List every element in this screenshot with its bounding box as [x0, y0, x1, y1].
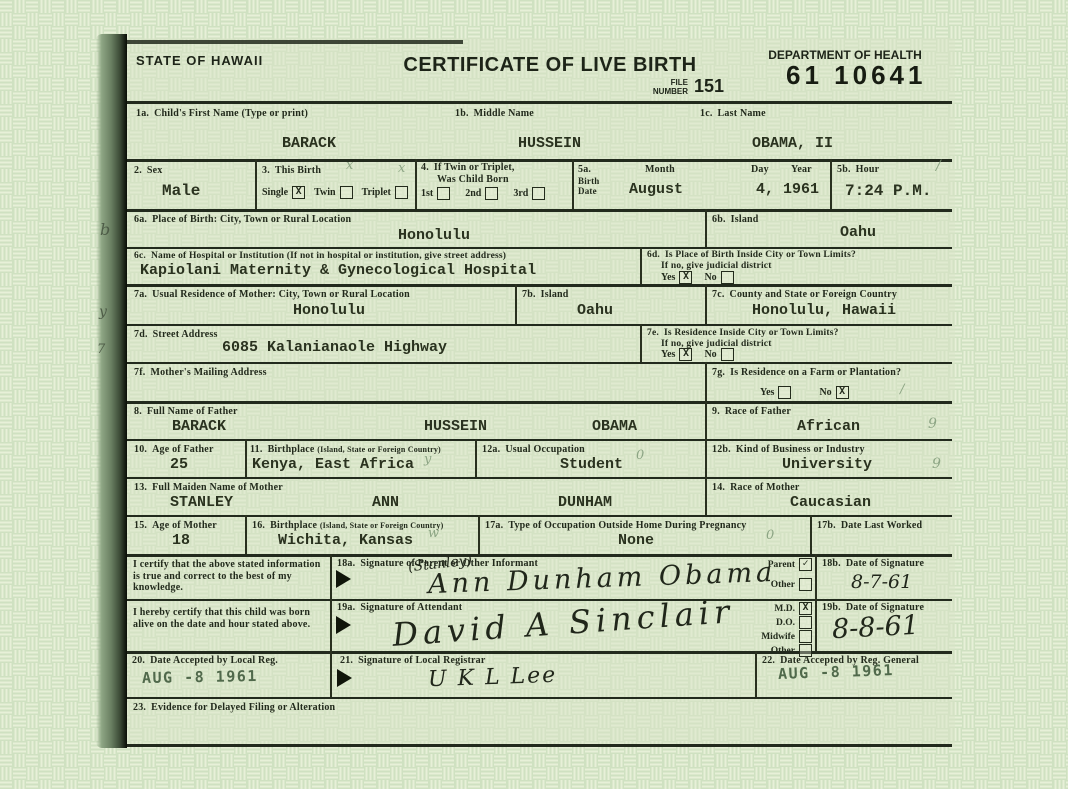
option-2nd: 2nd	[465, 187, 498, 200]
field-7d-label: 7d.Street Address	[134, 329, 218, 340]
option-single-label: Single	[262, 187, 288, 198]
field-7f-num: 7f.	[134, 367, 145, 378]
field-20-text: Date Accepted by Local Reg.	[150, 655, 278, 666]
field-4-text: If Twin or Triplet,	[434, 162, 515, 173]
divider	[705, 477, 707, 515]
field-4-num: 4.	[421, 162, 429, 173]
field-5b-label: 5b.Hour	[837, 164, 879, 175]
field-7a-text: Usual Residence of Mother: City, Town or…	[152, 289, 410, 300]
divider	[755, 651, 757, 697]
field-1a-num: 1a.	[136, 108, 149, 119]
field-18b-label: 18b.Date of Signature	[822, 558, 924, 569]
field-7b-label: 7b.Island	[522, 289, 569, 300]
twin-checkbox	[340, 186, 353, 199]
rule	[127, 599, 952, 601]
field-12a-label: 12a.Usual Occupation	[482, 444, 585, 455]
field-2-value: Male	[162, 182, 200, 200]
field-8-num: 8.	[134, 406, 142, 417]
pencil-mark: x	[346, 158, 353, 173]
field-13-label: 13.Full Maiden Name of Mother	[134, 482, 283, 493]
field-19b-num: 19b.	[822, 602, 841, 613]
pencil-mark: y	[99, 304, 107, 320]
field-7d-num: 7d.	[134, 329, 148, 340]
field-7c-text: County and State or Foreign Country	[730, 289, 897, 300]
yes-checkbox	[778, 386, 791, 399]
field-19b-value: 8-8-61	[831, 610, 919, 646]
pencil-mark: 9	[932, 456, 941, 472]
field-6d-options: YesX No	[661, 271, 734, 284]
no-label: No	[704, 349, 716, 360]
rule	[127, 247, 952, 249]
rule	[127, 101, 952, 104]
field-10-num: 10.	[134, 444, 147, 455]
second-checkbox	[485, 187, 498, 200]
first-checkbox	[437, 187, 450, 200]
field-7c-value: Honolulu, Hawaii	[752, 302, 896, 319]
attendant-role-options: M.D.X D.O. Midwife Other	[746, 602, 812, 657]
divider	[515, 284, 517, 324]
field-6b-text: Island	[731, 214, 759, 225]
field-15-text: Age of Mother	[152, 520, 217, 531]
midwife-checkbox	[799, 630, 812, 643]
field-17b-num: 17b.	[817, 520, 836, 531]
field-2-label: 2.Sex	[134, 165, 163, 176]
option-triplet-label: Triplet	[362, 187, 391, 198]
yes-label: Yes	[661, 349, 675, 360]
field-14-num: 14.	[712, 482, 725, 493]
field-6d-label: 6d.Is Place of Birth Inside City or Town…	[647, 250, 856, 260]
field-6b-num: 6b.	[712, 214, 726, 225]
pencil-mark: /	[936, 158, 941, 174]
rule	[127, 401, 952, 404]
field-18b-num: 18b.	[822, 558, 841, 569]
field-6d-num: 6d.	[647, 250, 660, 260]
field-7g-label: 7g.Is Residence on a Farm or Plantation?	[712, 367, 901, 378]
role-other: Other	[750, 578, 812, 591]
divider	[330, 554, 332, 599]
file-number: 151	[694, 76, 724, 97]
field-6a-label: 6a.Place of Birth: City, Town or Rural L…	[134, 214, 351, 225]
yes-checkbox: X	[679, 271, 692, 284]
field-7e-num: 7e.	[647, 328, 659, 338]
mother-middle: ANN	[372, 494, 399, 511]
field-11-value: Kenya, East Africa	[252, 456, 414, 473]
field-12a-text: Usual Occupation	[505, 444, 585, 455]
do-label: D.O.	[776, 618, 795, 628]
divider	[245, 439, 247, 477]
divider	[705, 439, 707, 477]
field-7e-text: Is Residence Inside City or Town Limits?	[664, 328, 839, 338]
no-checkbox	[721, 271, 734, 284]
field-7g-num: 7g.	[712, 367, 725, 378]
field-7d-text: Street Address	[153, 329, 218, 340]
option-7e-yes: YesX	[661, 348, 692, 361]
field-19a-num: 19a.	[337, 602, 355, 613]
field-6b-value: Oahu	[840, 224, 876, 241]
field-6c-label: 6c.Name of Hospital or Institution (If n…	[134, 251, 506, 261]
field-7g-text: Is Residence on a Farm or Plantation?	[730, 367, 901, 378]
divider	[640, 247, 642, 284]
attendant-other-checkbox	[799, 644, 812, 657]
field-17a-text: Type of Occupation Outside Home During P…	[508, 520, 746, 531]
year-value: 1961	[783, 181, 819, 198]
rule	[127, 362, 952, 364]
field-7g-options: Yes NoX	[760, 386, 849, 399]
field-10-label: 10.Age of Father	[134, 444, 214, 455]
field-13-text: Full Maiden Name of Mother	[152, 482, 283, 493]
pencil-mark: y	[424, 452, 431, 467]
midwife-label: Midwife	[761, 632, 795, 642]
pencil-mark: 0	[636, 448, 644, 463]
divider	[810, 515, 812, 554]
father-middle: HUSSEIN	[424, 418, 487, 435]
field-14-label: 14.Race of Mother	[712, 482, 800, 493]
field-7e-options: YesX No	[661, 348, 734, 361]
field-6c-text: Name of Hospital or Institution (If not …	[151, 251, 506, 261]
field-7b-value: Oahu	[577, 302, 613, 319]
state-title: STATE OF HAWAII	[136, 53, 263, 68]
pencil-mark: /	[900, 382, 904, 397]
rule	[127, 515, 952, 517]
field-3-label: 3.This Birth	[262, 165, 321, 176]
father-first: BARACK	[172, 418, 226, 435]
field-11-paren: (Island, State or Foreign Country)	[317, 445, 441, 454]
field-14-value: Caucasian	[790, 494, 871, 511]
divider	[705, 209, 707, 247]
field-16-value: Wichita, Kansas	[278, 532, 413, 549]
field-10-value: 25	[170, 456, 188, 473]
field-20-label: 20.Date Accepted by Local Reg.	[132, 655, 278, 666]
day-value: 4,	[756, 181, 774, 198]
field-21-label: 21.Signature of Local Registrar	[340, 655, 485, 666]
pencil-mark: 0	[766, 528, 774, 543]
field-16-paren: (Island, State or Foreign Country)	[320, 521, 444, 530]
field-12b-value: University	[782, 456, 872, 473]
option-single: SingleX	[262, 186, 305, 199]
option-3rd: 3rd	[513, 187, 545, 200]
other-checkbox	[799, 578, 812, 591]
parent-label: Parent	[768, 560, 795, 570]
field-7b-text: Island	[541, 289, 569, 300]
field-2-text: Sex	[147, 165, 163, 176]
field-12a-value: Student	[560, 456, 623, 473]
field-6c-num: 6c.	[134, 251, 146, 261]
option-7g-yes: Yes	[760, 386, 791, 399]
rule	[127, 324, 952, 326]
no-checkbox: X	[836, 386, 849, 399]
option-1st-label: 1st	[421, 188, 433, 199]
field-16-num: 16.	[252, 520, 265, 531]
day-header: Day	[751, 164, 769, 175]
field-5b-text: Hour	[856, 164, 880, 175]
field-21-text: Signature of Local Registrar	[358, 655, 485, 666]
field-1b-num: 1b.	[455, 108, 469, 119]
role-parent: Parent✓	[750, 558, 812, 571]
divider	[640, 324, 642, 362]
form-top-edge	[127, 40, 463, 44]
divider	[830, 159, 832, 209]
field-7b-num: 7b.	[522, 289, 536, 300]
field-7f-text: Mother's Mailing Address	[150, 367, 266, 378]
signature-pointer-icon	[336, 570, 351, 588]
field-21-num: 21.	[340, 655, 353, 666]
no-label: No	[819, 387, 831, 398]
birth-certificate-scan: STATE OF HAWAII CERTIFICATE OF LIVE BIRT…	[0, 0, 1068, 789]
no-label: No	[704, 272, 716, 283]
field-7f-label: 7f.Mother's Mailing Address	[134, 367, 267, 378]
field-11-text: Birthplace	[268, 444, 315, 455]
yes-label: Yes	[760, 387, 774, 398]
pencil-mark: b	[100, 220, 110, 239]
field-4-text2: Was Child Born	[437, 174, 509, 185]
field-12b-num: 12b.	[712, 444, 731, 455]
field-7c-num: 7c.	[712, 289, 725, 300]
field-7c-label: 7c.County and State or Foreign Country	[712, 289, 897, 300]
field-1c-value: OBAMA, II	[752, 135, 833, 152]
option-twin-label: Twin	[314, 187, 336, 198]
role-midwife: Midwife	[746, 630, 812, 643]
md-label: M.D.	[774, 604, 795, 614]
year-header: Year	[791, 164, 812, 175]
option-7e-no: No	[704, 348, 733, 361]
field-3-num: 3.	[262, 165, 270, 176]
signature-pointer-icon	[336, 616, 351, 634]
third-checkbox	[532, 187, 545, 200]
field-23-num: 23.	[133, 702, 146, 713]
certify-informant-text: I certify that the above stated informat…	[133, 559, 325, 594]
pencil-mark: 9	[928, 416, 937, 432]
month-header: Month	[645, 164, 675, 175]
divider	[572, 159, 574, 209]
field-4-label: 4.If Twin or Triplet,Was Child Born	[421, 162, 566, 185]
field-9-value: African	[797, 418, 860, 435]
field-7a-label: 7a.Usual Residence of Mother: City, Town…	[134, 289, 410, 300]
rule	[127, 651, 952, 654]
twin-order-options: 1st 2nd 3rd	[421, 187, 545, 200]
field-15-value: 18	[172, 532, 190, 549]
field-20-num: 20.	[132, 655, 145, 666]
pencil-mark: x	[398, 161, 405, 176]
field-6d-text: Is Place of Birth Inside City or Town Li…	[665, 250, 856, 260]
rule	[127, 209, 952, 212]
field-14-text: Race of Mother	[730, 482, 799, 493]
divider	[330, 599, 332, 651]
divider	[815, 554, 817, 599]
field-9-label: 9.Race of Father	[712, 406, 791, 417]
field-13-num: 13.	[134, 482, 147, 493]
informant-role-options: Parent✓ Other	[750, 558, 812, 591]
field-18a-num: 18a.	[337, 558, 355, 569]
role-do: D.O.	[746, 616, 812, 629]
field-8-text: Full Name of Father	[147, 406, 238, 417]
field-9-num: 9.	[712, 406, 720, 417]
field-1a-text: Child's First Name (Type or print)	[154, 108, 308, 119]
field-3-text: This Birth	[275, 165, 321, 176]
rule	[127, 439, 952, 441]
field-7a-num: 7a.	[134, 289, 147, 300]
divider	[255, 159, 257, 209]
other-label: Other	[771, 580, 795, 590]
divider	[330, 651, 332, 697]
triplet-checkbox	[395, 186, 408, 199]
field-11-label: 11.Birthplace (Island, State or Foreign …	[250, 444, 441, 455]
field-15-num: 15.	[134, 520, 147, 531]
divider	[705, 401, 707, 439]
field-7a-value: Honolulu	[293, 302, 365, 319]
field-18b-value: 8-7-61	[851, 571, 912, 593]
rule	[127, 744, 952, 747]
rule	[127, 697, 952, 699]
field-1b-label: 1b.Middle Name	[455, 108, 534, 119]
field-9-text: Race of Father	[725, 406, 791, 417]
field-5a-label1: Birth	[578, 176, 600, 186]
option-2nd-label: 2nd	[465, 188, 481, 199]
field-17a-num: 17a.	[485, 520, 503, 531]
field-1a-value: BARACK	[282, 135, 336, 152]
certify-attendant-text: I hereby certify that this child was bor…	[133, 607, 325, 630]
mother-first: STANLEY	[170, 494, 233, 511]
field-1c-text: Last Name	[718, 108, 766, 119]
divider	[705, 284, 707, 324]
field-10-text: Age of Father	[152, 444, 213, 455]
other-label: Other	[771, 646, 795, 656]
option-3rd-label: 3rd	[513, 188, 528, 199]
field-23-text: Evidence for Delayed Filing or Alteratio…	[151, 702, 335, 713]
file-number-label: FILE NUMBER	[630, 79, 688, 97]
field-6a-value: Honolulu	[398, 227, 470, 244]
divider	[475, 439, 477, 477]
rule	[127, 477, 952, 479]
md-checkbox: X	[799, 602, 812, 615]
month-value: August	[629, 181, 683, 198]
field-16-label: 16.Birthplace (Island, State or Foreign …	[252, 520, 443, 531]
file-label-line2: NUMBER	[653, 87, 688, 96]
field-15-label: 15.Age of Mother	[134, 520, 217, 531]
divider	[815, 599, 817, 651]
option-7g-no: NoX	[819, 386, 848, 399]
field-11-num: 11.	[250, 444, 263, 455]
field-6b-label: 6b.Island	[712, 214, 759, 225]
field-5b-num: 5b.	[837, 164, 851, 175]
rule	[127, 554, 952, 557]
local-reg-date-stamp: AUG -8 1961	[142, 667, 258, 687]
certificate-number: 61 10641	[786, 60, 926, 91]
field-12b-label: 12b.Kind of Business or Industry	[712, 444, 865, 455]
field-5a-num: 5a.	[578, 164, 591, 175]
mother-maiden: DUNHAM	[558, 494, 612, 511]
field-1a-label: 1a.Child's First Name (Type or print)	[136, 108, 308, 119]
field-12a-num: 12a.	[482, 444, 500, 455]
option-twin: Twin	[314, 186, 353, 199]
role-md: M.D.X	[746, 602, 812, 615]
field-12b-text: Kind of Business or Industry	[736, 444, 865, 455]
field-1b-value: HUSSEIN	[518, 135, 581, 152]
field-2-num: 2.	[134, 165, 142, 176]
field-1b-text: Middle Name	[474, 108, 534, 119]
role-other: Other	[746, 644, 812, 657]
yes-checkbox: X	[679, 348, 692, 361]
option-6d-no: No	[704, 271, 733, 284]
field-7e-label: 7e.Is Residence Inside City or Town Limi…	[647, 328, 839, 338]
field-6d-sub: If no, give judicial district	[661, 261, 772, 271]
divider	[245, 515, 247, 554]
field-1c-label: 1c.Last Name	[700, 108, 766, 119]
field-16-text: Birthplace	[270, 520, 317, 531]
do-checkbox	[799, 616, 812, 629]
field-6a-num: 6a.	[134, 214, 147, 225]
divider	[415, 159, 417, 209]
field-23-label: 23.Evidence for Delayed Filing or Altera…	[133, 702, 335, 713]
field-17b-text: Date Last Worked	[841, 520, 922, 531]
no-checkbox	[721, 348, 734, 361]
parent-checkbox: ✓	[799, 558, 812, 571]
page-curl-shadow	[96, 34, 127, 748]
field-5a-label2: Date	[578, 186, 597, 196]
rule	[127, 284, 952, 287]
option-6d-yes: YesX	[661, 271, 692, 284]
pencil-mark: 7	[97, 342, 105, 357]
field-18b-text: Date of Signature	[846, 558, 924, 569]
field-6c-value: Kapiolani Maternity & Gynecological Hosp…	[140, 262, 536, 279]
field-17a-label: 17a.Type of Occupation Outside Home Duri…	[485, 520, 746, 531]
certificate-title: CERTIFICATE OF LIVE BIRTH	[370, 54, 730, 77]
field-5b-value: 7:24 P.M.	[845, 182, 931, 200]
field-8-label: 8.Full Name of Father	[134, 406, 238, 417]
signature-pointer-icon	[337, 669, 352, 687]
option-1st: 1st	[421, 187, 450, 200]
this-birth-options: SingleX Twin Triplet	[262, 186, 408, 199]
divider	[478, 515, 480, 554]
divider	[705, 362, 707, 401]
file-label-line1: FILE	[671, 78, 688, 87]
option-triplet: Triplet	[362, 186, 408, 199]
yes-label: Yes	[661, 272, 675, 283]
registrar-signature: U K L Lee	[428, 663, 558, 692]
single-checkbox: X	[292, 186, 305, 199]
field-6a-text: Place of Birth: City, Town or Rural Loca…	[152, 214, 351, 225]
field-17a-value: None	[618, 532, 654, 549]
field-7d-value: 6085 Kalanianaole Highway	[222, 339, 447, 356]
field-1c-num: 1c.	[700, 108, 713, 119]
field-17b-label: 17b.Date Last Worked	[817, 520, 922, 531]
pencil-mark: w	[428, 526, 439, 541]
father-last: OBAMA	[592, 418, 637, 435]
